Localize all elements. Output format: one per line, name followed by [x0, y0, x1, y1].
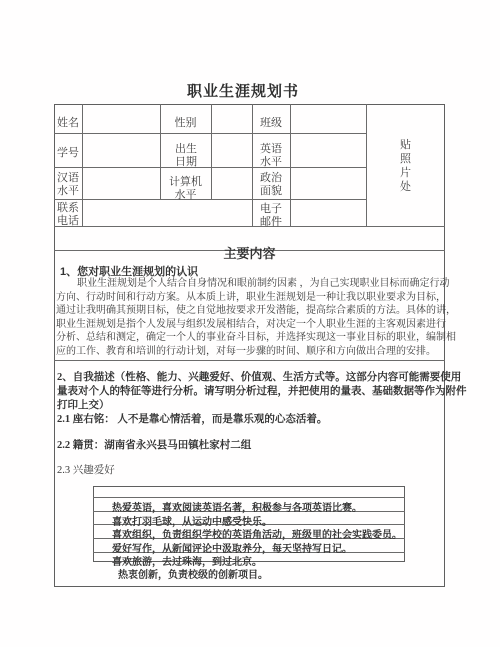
- class-value-cell: [290, 104, 366, 133]
- paragraph-line: 通过让我明确其预期目标，使之自觉地按要求开发潜能，提高综合素质的方法。具体的讲，: [56, 304, 448, 318]
- document-page: 职业生涯规划书 姓名 性别 班级 学号 出生日期 英语水平 汉语水平 计算机水平…: [0, 0, 500, 647]
- student-id-value-cell: [82, 133, 160, 167]
- motto-line: 2.1 座右铭： 人不是靠心情活着，而是靠乐观的心态活着。: [57, 411, 327, 426]
- field-label-gender: 性别: [160, 117, 211, 130]
- field-label-birth-date: 出生日期: [173, 143, 199, 169]
- name-value-cell: [82, 104, 160, 133]
- field-label-class: 班级: [252, 117, 290, 130]
- political-status-value-cell: [290, 167, 366, 199]
- field-label-english-level: 英语水平: [258, 143, 284, 169]
- english-level-value-cell: [290, 133, 366, 167]
- intro-line: 2、自我描述（性格、能力、兴趣爱好、价值观、生活方式等。这部分内容可能需要使用: [57, 371, 449, 385]
- field-label-political-status: 政治面貌: [258, 172, 284, 198]
- paragraph-line: 方向、行动时间和行动方案。从本质上讲，职业生涯规划是一种让我以职业要求为目标，: [56, 291, 448, 305]
- hobby-grid-line: [93, 497, 405, 498]
- email-value-cell: [290, 199, 366, 226]
- paragraph-line: 应的工作、教育和培训的行动计划，对每一步骤的时间、顺序和方向做出合理的安排。: [56, 345, 448, 359]
- paragraph-line: 职业生涯规划是个人结合自身情况和眼前制约因素 ，为自己实现职业目标而确定行动: [56, 277, 448, 291]
- hometown-line: 2.2 籍贯：湖南省永兴县马田镇杜家村二组: [57, 437, 251, 452]
- field-label-name: 姓名: [54, 117, 82, 130]
- gender-value-cell: [211, 104, 252, 133]
- page-title: 职业生涯规划书: [143, 80, 343, 101]
- field-label-contact-phone: 联系电话: [55, 202, 81, 228]
- field-label-student-id: 学号: [54, 147, 82, 160]
- contact-phone-value-cell: [82, 199, 252, 226]
- main-content-header: 主要内容: [54, 243, 445, 262]
- field-label-chinese-level: 汉语水平: [55, 172, 81, 198]
- field-label-email: 电子邮件: [258, 203, 284, 229]
- paragraph-line: 职业生涯规划是指个人发展与组织发展相结合，对决定一个人职业生涯的主客观因素进行: [56, 318, 448, 332]
- hobby-row: 喜欢组织，负责组织学校的英语角活动，班级里的社会实践委员。: [112, 526, 402, 541]
- chinese-level-value-cell: [82, 167, 160, 199]
- grid-line-h6: [54, 360, 445, 361]
- hobby-row: 热爱英语，喜欢阅读英语名著，积极参与各项英语比赛。: [112, 499, 362, 514]
- hobby-extra-line: 热衷创新，负责校级的创新项目。: [118, 566, 268, 581]
- paragraph-line: 分析、总结和测定，确定一个人的事业奋斗目标，并选择实现这一事业目标的职业，编制相: [56, 331, 448, 345]
- birth-date-value-cell: [211, 133, 252, 167]
- photo-cell: 贴照片处: [366, 104, 445, 226]
- grid-line-h4: [54, 226, 445, 227]
- photo-area-label: 贴照片处: [399, 138, 412, 194]
- intro-line: 量表对个人的特征等进行分析。请写明分析过程，并把使用的量表、基础数据等作为附件: [57, 385, 449, 399]
- computer-level-value-cell: [211, 167, 252, 199]
- section2-intro: 2、自我描述（性格、能力、兴趣爱好、价值观、生活方式等。这部分内容可能需要使用 …: [57, 371, 449, 413]
- section1-paragraph: 职业生涯规划是个人结合自身情况和眼前制约因素 ，为自己实现职业目标而确定行动 方…: [56, 277, 448, 358]
- hobbies-title: 2.3 兴趣爱好: [57, 462, 115, 477]
- hobby-row-empty: [93, 486, 405, 497]
